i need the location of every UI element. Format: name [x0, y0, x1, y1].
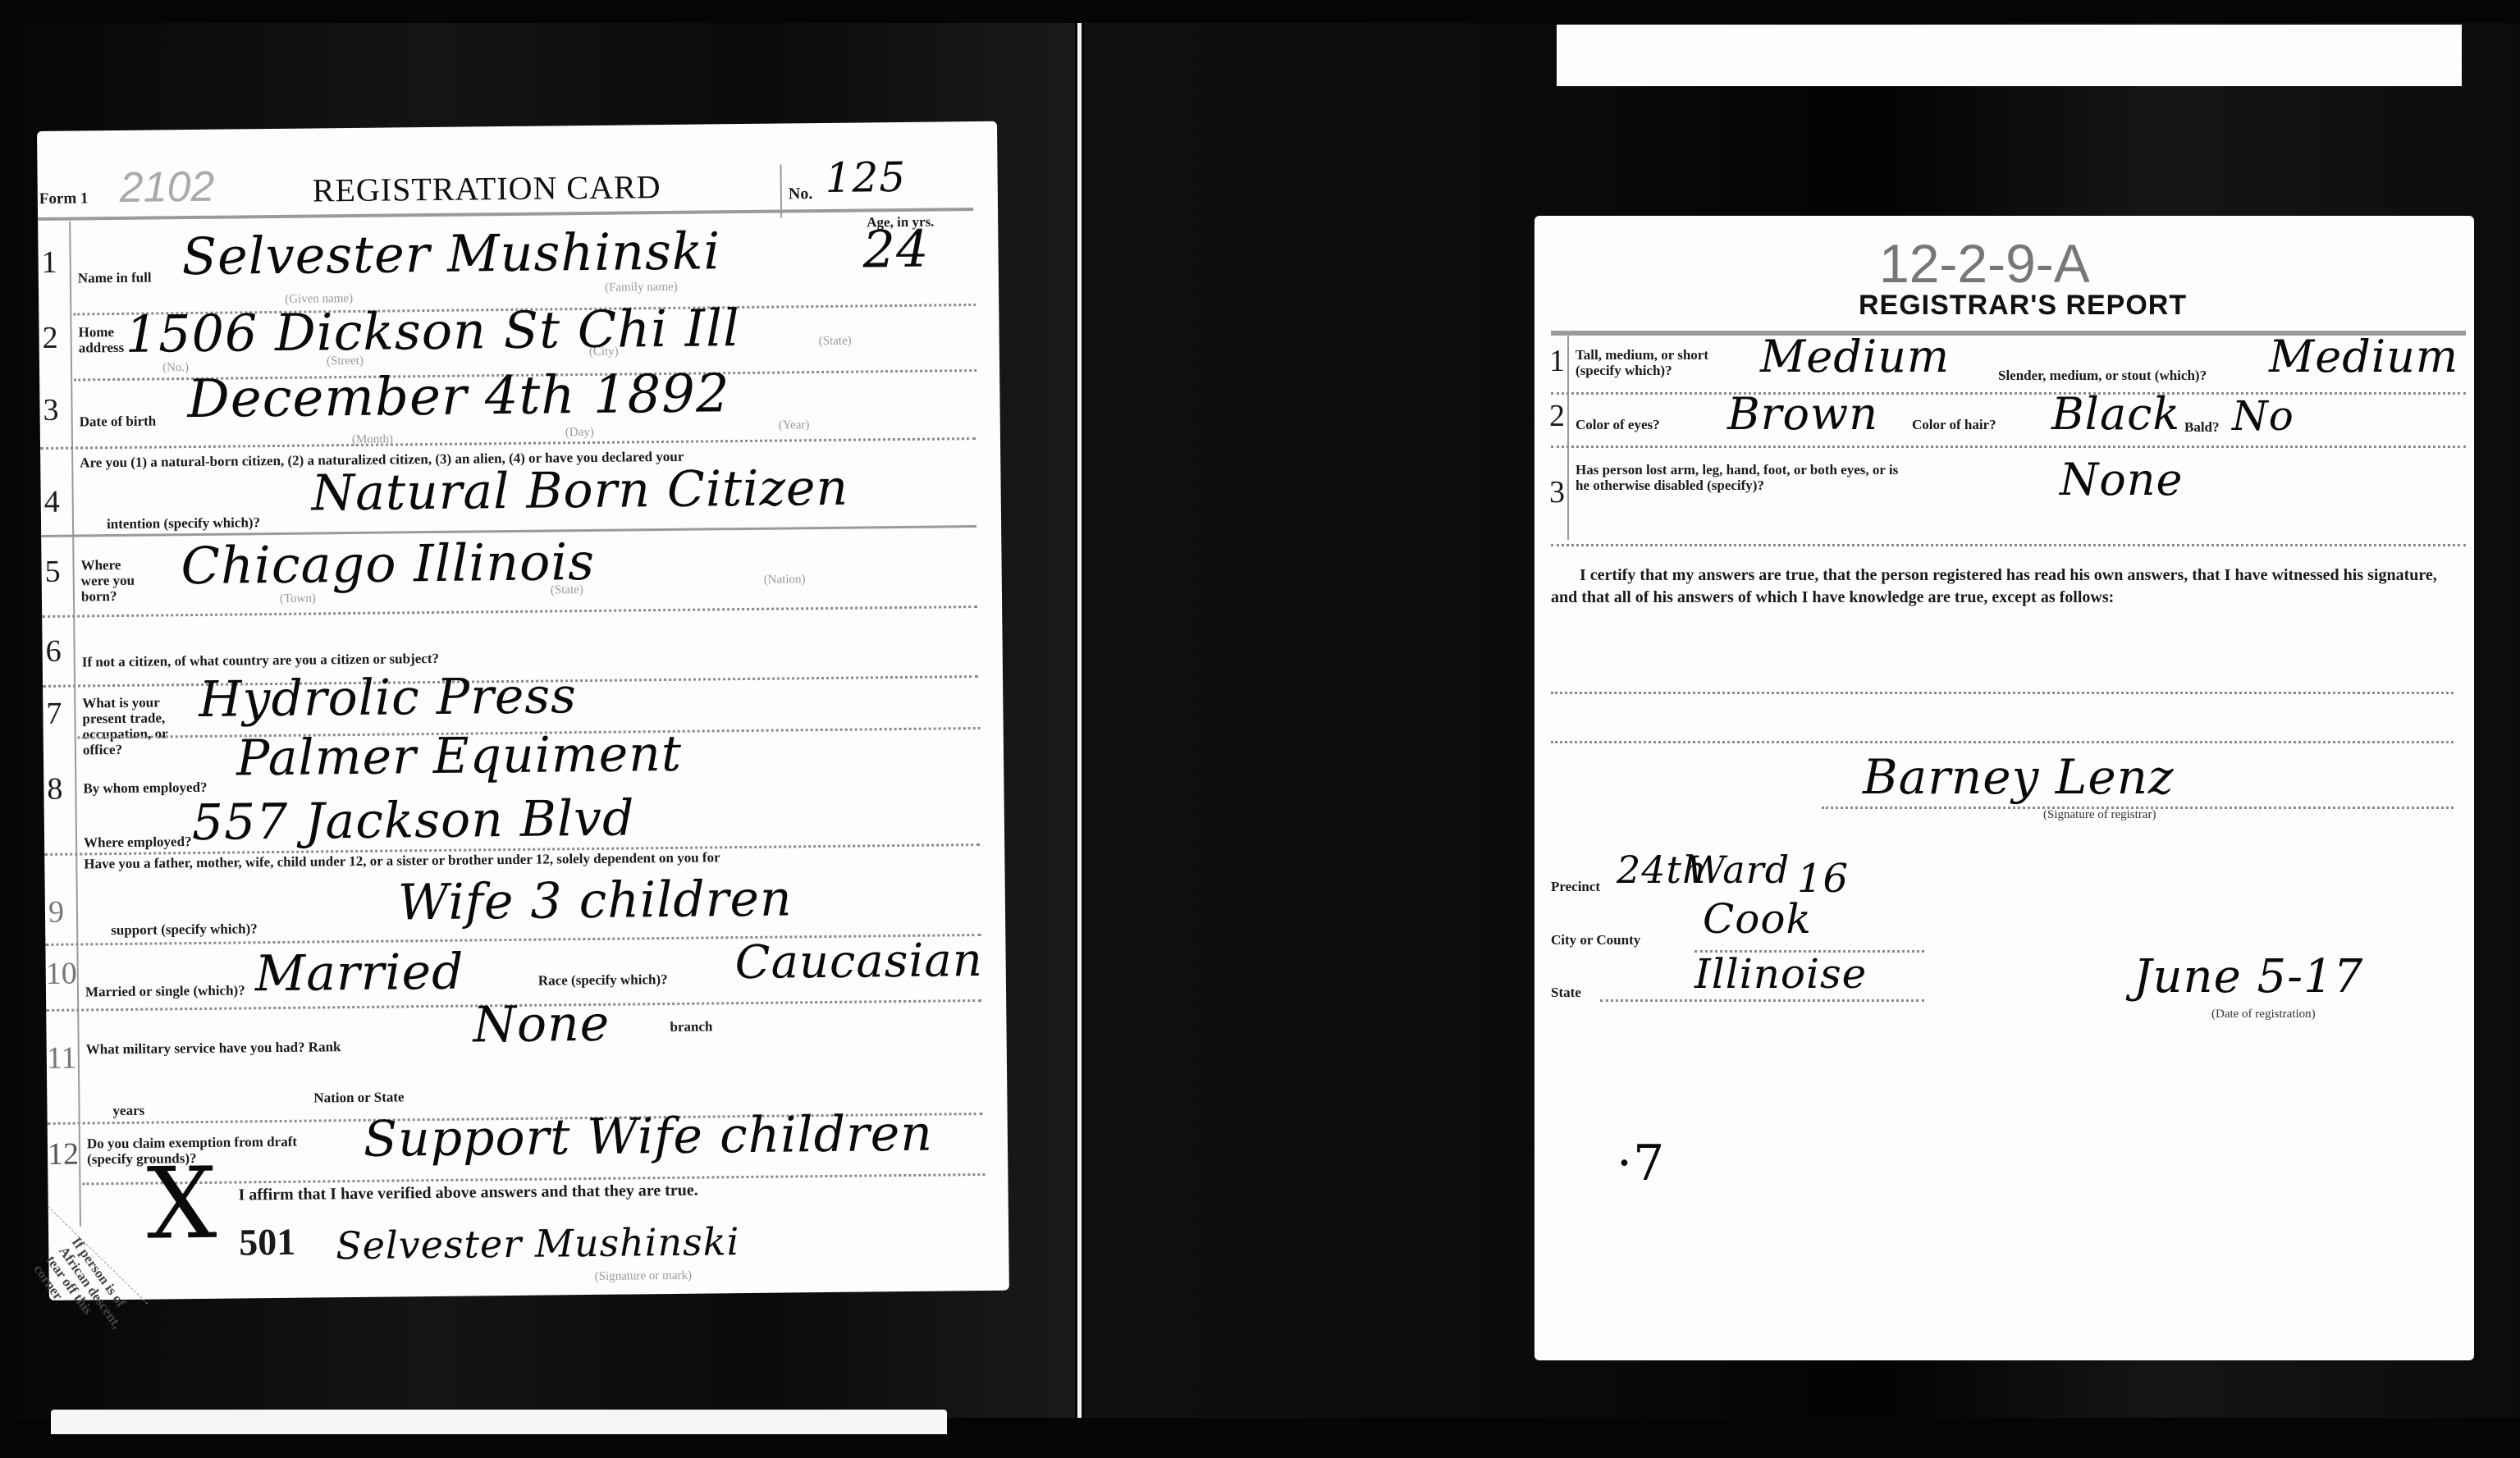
field-label-continued: support (specify which)? [111, 921, 258, 938]
row-number: 12 [48, 1136, 79, 1172]
dependents-value: Wife 3 children [398, 870, 793, 931]
field-label: What is your present trade, occupation, … [82, 694, 190, 757]
adjacent-card-edge-top [1557, 25, 2462, 86]
serial-number-stamp: 12-2-9-A [1879, 232, 2090, 295]
sub-label: (State) [551, 583, 583, 597]
stamp-501: 501 [239, 1220, 296, 1264]
race-value: Caucasian [734, 934, 983, 990]
card-title: REGISTRATION CARD [313, 167, 661, 209]
x-mark: X [146, 1147, 218, 1262]
hair-color-value: Black [2051, 388, 2180, 440]
row-divider [40, 437, 976, 450]
number-label: No. [789, 185, 813, 203]
sub-label: (City) [589, 345, 619, 359]
field-label: Color of eyes? [1576, 417, 1660, 432]
field-label: Married or single (which)? [85, 982, 245, 999]
certification-text: I certify that my answers are true, that… [1551, 564, 2454, 609]
card-number: 125 [825, 153, 906, 202]
row-number: 3 [43, 392, 58, 428]
citizenship-value: Natural Born Citizen [311, 459, 848, 523]
field-label: Tall, medium, or short (specify which)? [1576, 347, 1723, 378]
row-number: 1 [1549, 343, 1565, 379]
field-label: Where were you born? [80, 557, 139, 605]
row-number: 2 [42, 320, 57, 356]
field-label: If not a citizen, of what country are yo… [82, 651, 439, 670]
employer-address-value: 557 Jackson Blvd [191, 789, 634, 852]
row-number: 1 [41, 245, 57, 281]
field-label: Date of birth [80, 413, 157, 429]
sub-label: (Street) [327, 354, 364, 368]
city-county-value: Cook [1703, 895, 1812, 943]
field-label: What military service have you had? Rank [86, 1039, 341, 1057]
row-divider [1551, 392, 2466, 395]
row-number: 3 [1549, 474, 1565, 510]
exceptions-line [1551, 741, 2454, 743]
employer-value: Palmer Equiment [236, 725, 683, 788]
registration-date-value: June 5-17 [2134, 950, 2363, 1003]
faded-stamp-number: 2102 [119, 162, 214, 213]
disability-value: None [2060, 454, 2184, 505]
row-divider [1551, 544, 2466, 546]
frame-divider [1077, 23, 1082, 1418]
exemption-value: Support Wife children [364, 1105, 934, 1168]
date-of-birth-value: December 4th 1892 [187, 363, 730, 430]
field-label: Name in full [78, 270, 152, 286]
sub-label: (State) [819, 335, 852, 349]
row-divider [1551, 446, 2466, 448]
field-label: Slender, medium, or stout (which)? [1998, 368, 2207, 383]
row-number: 5 [44, 554, 60, 590]
sub-label: (Town) [280, 592, 316, 606]
precinct-label: Precinct [1551, 879, 1600, 894]
sub-label: (Year) [779, 418, 810, 432]
sub-label: (No.) [162, 361, 189, 375]
state-line [1600, 999, 1924, 1002]
eye-color-value: Brown [1727, 388, 1878, 440]
state-label: State [1551, 985, 1581, 1000]
row-number: 4 [44, 484, 60, 520]
field-label: Where employed? [84, 834, 192, 850]
affirmation-text: I affirm that I have verified above answ… [238, 1181, 697, 1205]
registrars-report-card: 12-2-9-A REGISTRAR'S REPORT 1 Tall, medi… [1534, 216, 2474, 1360]
row-number-column-rule [1567, 335, 1569, 540]
row-number: 8 [47, 771, 62, 807]
form-label: Form 1 [39, 190, 89, 208]
registrar-signature: Barney Lenz [1863, 749, 2175, 805]
sub-label: (Nation) [764, 573, 806, 587]
field-label: years [112, 1103, 144, 1118]
row-number: 9 [48, 894, 64, 930]
field-label: Nation or State [313, 1089, 404, 1105]
name-value: Selvester Mushinski [181, 221, 720, 286]
field-label: Color of hair? [1912, 417, 1996, 432]
field-label: Race (specify which)? [538, 971, 668, 989]
card-title: REGISTRAR'S REPORT [1859, 290, 2187, 322]
signature-label: (Signature or mark) [595, 1269, 692, 1284]
registration-card: Form 1 2102 REGISTRATION CARD No. 125 Ag… [37, 121, 1009, 1300]
occupation-value: Hydrolic Press [199, 667, 577, 729]
ink-blot: ·7 [1617, 1135, 1665, 1192]
city-county-label: City or County [1551, 932, 1640, 948]
registration-date-label: (Date of registration) [2211, 1008, 2316, 1022]
registrar-signature-label: (Signature of registrar) [2043, 808, 2156, 822]
field-label: By whom employed? [83, 779, 207, 797]
row-number: 2 [1549, 398, 1565, 434]
row-number: 7 [46, 696, 62, 732]
field-label-continued: intention (specify which)? [107, 514, 260, 532]
birthplace-value: Chicago Illinois [181, 532, 595, 596]
home-address-value: 1506 Dickson St Chi Ill [125, 298, 740, 364]
row-number: 11 [47, 1040, 77, 1076]
military-rank-value: None [473, 995, 611, 1054]
field-label: Bald? [2184, 419, 2220, 435]
row-number: 6 [45, 633, 61, 670]
row-number: 10 [46, 956, 77, 992]
bald-value: No [2232, 392, 2294, 440]
build-value: Medium [2269, 331, 2458, 382]
field-label: Has person lost arm, leg, hand, foot, or… [1576, 462, 1912, 493]
field-label: Home address [78, 324, 127, 356]
marital-status-value: Married [254, 944, 464, 1003]
field-label: branch [670, 1018, 712, 1035]
ward-label: Ward [1686, 848, 1790, 892]
height-value: Medium [1760, 331, 1950, 382]
state-value: Illinoise [1694, 950, 1867, 998]
row-divider [42, 606, 977, 618]
registrant-signature: Selvester Mushinski [336, 1219, 740, 1268]
sub-label: (Family name) [605, 281, 678, 295]
age-value: 24 [862, 219, 930, 280]
exceptions-line [1551, 692, 2454, 694]
sub-label: (Day) [565, 426, 594, 440]
adjacent-card-edge-bottom [51, 1410, 947, 1434]
